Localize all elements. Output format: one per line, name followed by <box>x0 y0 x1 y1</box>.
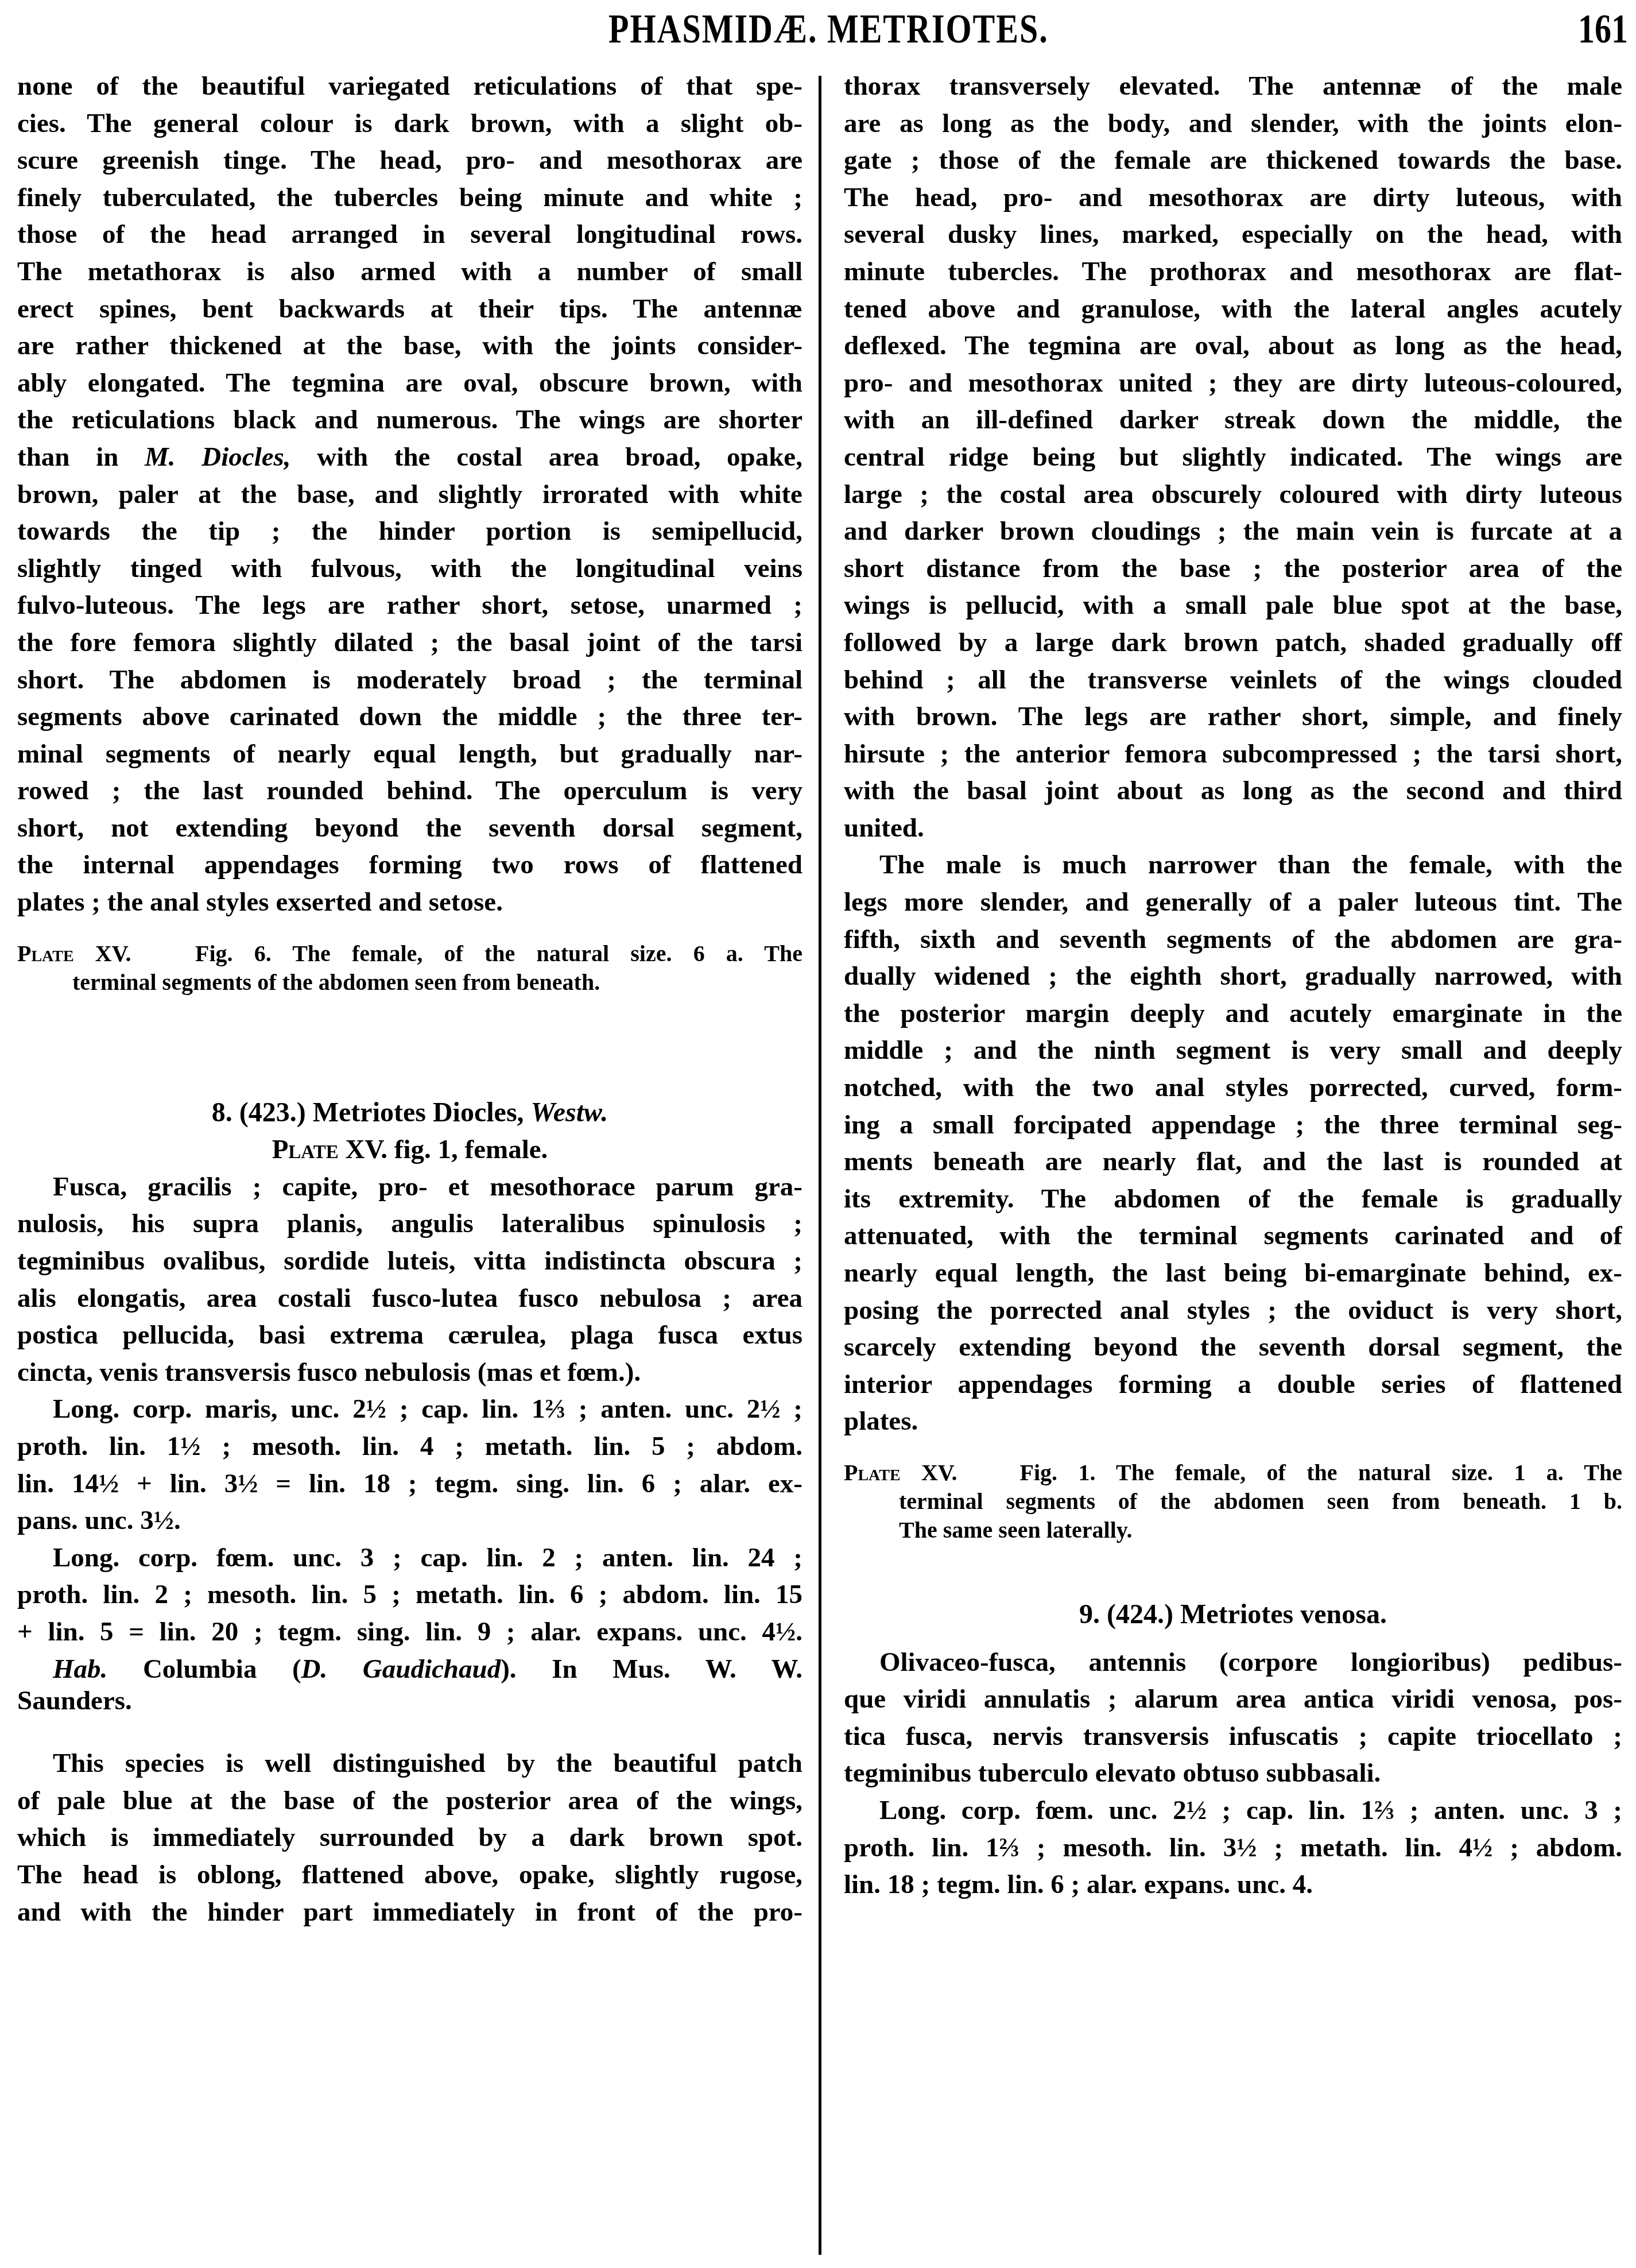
text-line: followed by a large dark brown patch, sh… <box>844 624 1622 661</box>
text-line: posing the porrected anal styles ; the o… <box>844 1292 1622 1329</box>
habitat-label: Hab. <box>53 1654 107 1684</box>
caption-line: Plate XV. Fig. 6. The female, of the nat… <box>17 939 803 968</box>
text-line: rowed ; the last rounded behind. The ope… <box>17 772 803 810</box>
text-line: short. The abdomen is moderately broad ;… <box>17 661 803 699</box>
text-line: pro- and mesothorax united ; they are di… <box>844 365 1622 402</box>
text-line: notched, with the two anal styles porrec… <box>844 1069 1622 1106</box>
text-line: none of the beautiful variegated reticul… <box>17 68 803 105</box>
plate-label: Plate XV. <box>844 1460 957 1485</box>
text-line: middle ; and the ninth segment is very s… <box>844 1032 1622 1069</box>
text-line: with the basal joint about as long as th… <box>844 772 1622 810</box>
text-line: Long. corp. fœm. unc. 2½ ; cap. lin. 1⅔ … <box>844 1792 1622 1829</box>
text-line: central ridge being but slightly indicat… <box>844 439 1622 476</box>
text-line: tegminibus ovalibus, sordide luteis, vit… <box>17 1243 803 1280</box>
caption-line: Plate XV. Fig. 1. The female, of the nat… <box>844 1458 1622 1487</box>
text-line: and darker brown cloudings ; the main ve… <box>844 513 1622 550</box>
text-line: finely tuberculated, the tubercles being… <box>17 179 803 216</box>
text-line: ments beneath are nearly flat, and the l… <box>844 1143 1622 1181</box>
text-line: towards the tip ; the hinder portion is … <box>17 513 803 550</box>
species-heading: 8. (423.) Metriotes Diocles, Westw. <box>17 1094 803 1132</box>
text-line: que viridi annulatis ; alarum area antic… <box>844 1681 1622 1718</box>
text-line: legs more slender, and generally of a pa… <box>844 884 1622 921</box>
text-line: behind ; all the transverse veinlets of … <box>844 661 1622 699</box>
paragraph-continued: thorax transversely elevated. The antenn… <box>844 68 1622 846</box>
plate-ref-text: fig. 1, female. <box>394 1135 548 1164</box>
right-column: thorax transversely elevated. The antenn… <box>844 68 1622 1903</box>
latin-diagnosis: Olivaceo-fusca, antennis (corpore longio… <box>844 1644 1622 1792</box>
text-line: The head, pro- and mesothorax are dirty … <box>844 179 1622 216</box>
text-line: the internal appendages forming two rows… <box>17 846 803 884</box>
measurements-female: Long. corp. fœm. unc. 3 ; cap. lin. 2 ; … <box>17 1539 803 1651</box>
species-description: This species is well distinguished by th… <box>17 1745 803 1930</box>
running-head-title: PHASMIDÆ. METRIOTES. <box>608 5 1049 53</box>
text-line: fulvo-luteous. The legs are rather short… <box>17 587 803 624</box>
text-line: dually widened ; the eighth short, gradu… <box>844 958 1622 995</box>
species-entry-9: 9. (424.) Metriotes venosa. Olivaceo-fus… <box>844 1596 1622 1903</box>
collector-name: D. Gaudichaud <box>301 1654 501 1684</box>
book-page: PHASMIDÆ. METRIOTES. 161 none of the bea… <box>0 0 1636 2268</box>
plate-caption: Plate XV. Fig. 6. The female, of the nat… <box>17 939 803 997</box>
collection-text: ). In Mus. W. W. <box>501 1654 803 1684</box>
plate-reference: Plate XV. fig. 1, female. <box>17 1131 803 1168</box>
text-line: those of the head arranged in several lo… <box>17 216 803 253</box>
text-line: nearly equal length, the last being bi-e… <box>844 1255 1622 1292</box>
text-line: plates ; the anal styles exserted and se… <box>17 884 803 921</box>
caption-line: terminal segments of the abdomen seen fr… <box>17 968 803 997</box>
measurements-male: Long. corp. maris, unc. 2½ ; cap. lin. 1… <box>17 1391 803 1539</box>
text-line: minal segments of nearly equal length, b… <box>17 736 803 773</box>
text-line: with brown. The legs are rather short, s… <box>844 698 1622 736</box>
text-line: The metathorax is also armed with a numb… <box>17 253 803 291</box>
text-span: with the costal area broad, opake, <box>291 442 803 472</box>
text-line: thorax transversely elevated. The antenn… <box>844 68 1622 105</box>
text-line: The head is oblong, flattened above, opa… <box>17 1856 803 1894</box>
text-span: than in <box>17 442 145 472</box>
latin-diagnosis: Fusca, gracilis ; capite, pro- et mesoth… <box>17 1168 803 1391</box>
text-line: plates. <box>844 1403 1622 1440</box>
text-line: ably elongated. The tegmina are oval, ob… <box>17 365 803 402</box>
text-line: tica fusca, nervis transversis infuscati… <box>844 1718 1622 1755</box>
text-line: gate ; those of the female are thickened… <box>844 142 1622 179</box>
page-number: 161 <box>1578 5 1628 53</box>
measurements-female: Long. corp. fœm. unc. 2½ ; cap. lin. 1⅔ … <box>844 1792 1622 1903</box>
species-entry-8: 8. (423.) Metriotes Diocles, Westw. Plat… <box>17 1094 803 1930</box>
text-line: slightly tinged with fulvous, with the l… <box>17 550 803 587</box>
text-line: brown, paler at the base, and slightly i… <box>17 476 803 513</box>
text-line: large ; the costal area obscurely colour… <box>844 476 1622 513</box>
text-line: tegminibus tuberculo elevato obtuso subb… <box>844 1755 1622 1792</box>
text-line: minute tubercles. The prothorax and meso… <box>844 253 1622 291</box>
running-head: PHASMIDÆ. METRIOTES. 161 <box>0 5 1636 51</box>
text-line: Olivaceo-fusca, antennis (corpore longio… <box>844 1644 1622 1681</box>
text-line: proth. lin. 1⅔ ; mesoth. lin. 3½ ; metat… <box>844 1829 1622 1867</box>
species-reference: M. Diocles, <box>145 442 291 472</box>
text-line: pans. unc. 3½. <box>17 1502 803 1539</box>
left-column: none of the beautiful variegated reticul… <box>17 68 803 1930</box>
text-line: cincta, venis transversis fusco nebulosi… <box>17 1354 803 1391</box>
text-line: alis elongatis, area costali fusco-lutea… <box>17 1280 803 1317</box>
text-line: deflexed. The tegmina are oval, about as… <box>844 327 1622 365</box>
caption-text: Fig. 1. The female, of the natural size.… <box>1020 1460 1622 1485</box>
text-line: erect spines, bent backwards at their ti… <box>17 291 803 328</box>
text-line: ing a small forcipated appendage ; the t… <box>844 1106 1622 1144</box>
text-line: fifth, sixth and seventh segments of the… <box>844 921 1622 958</box>
text-line: and with the hinder part immediately in … <box>17 1894 803 1931</box>
text-line: cies. The general colour is dark brown, … <box>17 105 803 142</box>
text-line: postica pellucida, basi extrema cærulea,… <box>17 1317 803 1354</box>
text-line: hirsute ; the anterior femora subcompres… <box>844 736 1622 773</box>
text-line: united. <box>844 810 1622 847</box>
paragraph-continued: none of the beautiful variegated reticul… <box>17 68 803 921</box>
caption-line: terminal segments of the abdomen seen fr… <box>844 1487 1622 1516</box>
text-line: The male is much narrower than the femal… <box>844 846 1622 884</box>
caption-text: Fig. 6. The female, of the natural size.… <box>195 941 803 966</box>
author-name: Westw. <box>531 1097 608 1128</box>
text-line: the posterior margin deeply and acutely … <box>844 995 1622 1032</box>
caption-line: The same seen laterally. <box>844 1516 1622 1545</box>
text-line: attenuated, with the terminal segments c… <box>844 1217 1622 1255</box>
text-line: Long. corp. fœm. unc. 3 ; cap. lin. 2 ; … <box>17 1539 803 1577</box>
text-line: which is immediately surrounded by a dar… <box>17 1819 803 1856</box>
species-heading: 9. (424.) Metriotes venosa. <box>844 1596 1622 1634</box>
text-line: several dusky lines, marked, especially … <box>844 216 1622 253</box>
text-line: proth. lin. 2 ; mesoth. lin. 5 ; metath.… <box>17 1576 803 1613</box>
text-line: lin. 18 ; tegm. lin. 6 ; alar. expans. u… <box>844 1866 1622 1903</box>
text-line: interior appendages forming a double ser… <box>844 1366 1622 1403</box>
plate-label: Plate XV. <box>272 1135 387 1164</box>
text-line: This species is well distinguished by th… <box>17 1745 803 1782</box>
text-line: proth. lin. 1½ ; mesoth. lin. 4 ; metath… <box>17 1428 803 1465</box>
text-line: with an ill-defined darker streak down t… <box>844 401 1622 439</box>
text-line: nulosis, his supra planis, angulis later… <box>17 1205 803 1243</box>
habitat-line: Saunders. <box>17 1688 803 1714</box>
plate-caption: Plate XV. Fig. 1. The female, of the nat… <box>844 1458 1622 1545</box>
text-line: lin. 14½ + lin. 3½ = lin. 18 ; tegm. sin… <box>17 1465 803 1503</box>
text-line: scarcely extending beyond the seventh do… <box>844 1329 1622 1366</box>
text-line: scure greenish tinge. The head, pro- and… <box>17 142 803 179</box>
text-line: short, not extending beyond the seventh … <box>17 810 803 847</box>
locality: Columbia ( <box>143 1654 301 1684</box>
paragraph-male: The male is much narrower than the femal… <box>844 846 1622 1440</box>
text-line: its extremity. The abdomen of the female… <box>844 1181 1622 1218</box>
text-line: are as long as the body, and slender, wi… <box>844 105 1622 142</box>
text-line: the reticulations black and numerous. Th… <box>17 401 803 439</box>
species-title: 8. (423.) Metriotes Diocles, <box>212 1097 524 1128</box>
text-line: Long. corp. maris, unc. 2½ ; cap. lin. 1… <box>17 1391 803 1428</box>
habitat: Hab. Columbia (D. Gaudichaud). In Mus. W… <box>17 1651 803 1714</box>
plate-label: Plate XV. <box>17 941 131 966</box>
text-line: Fusca, gracilis ; capite, pro- et mesoth… <box>17 1168 803 1206</box>
text-line: the fore femora slightly dilated ; the b… <box>17 624 803 661</box>
text-line: of pale blue at the base of the posterio… <box>17 1782 803 1820</box>
column-divider <box>819 76 821 2255</box>
text-line: + lin. 5 = lin. 20 ; tegm. sing. lin. 9 … <box>17 1613 803 1651</box>
text-line: are rather thickened at the base, with t… <box>17 327 803 365</box>
text-line-with-italic: than in M. Diocles, with the costal area… <box>17 439 803 476</box>
text-line: short distance from the base ; the poste… <box>844 550 1622 587</box>
text-line: tened above and granulose, with the late… <box>844 291 1622 328</box>
text-line: segments above carinated down the middle… <box>17 698 803 736</box>
habitat-line: Hab. Columbia (D. Gaudichaud). In Mus. W… <box>17 1651 803 1688</box>
text-line: wings is pellucid, with a small pale blu… <box>844 587 1622 624</box>
